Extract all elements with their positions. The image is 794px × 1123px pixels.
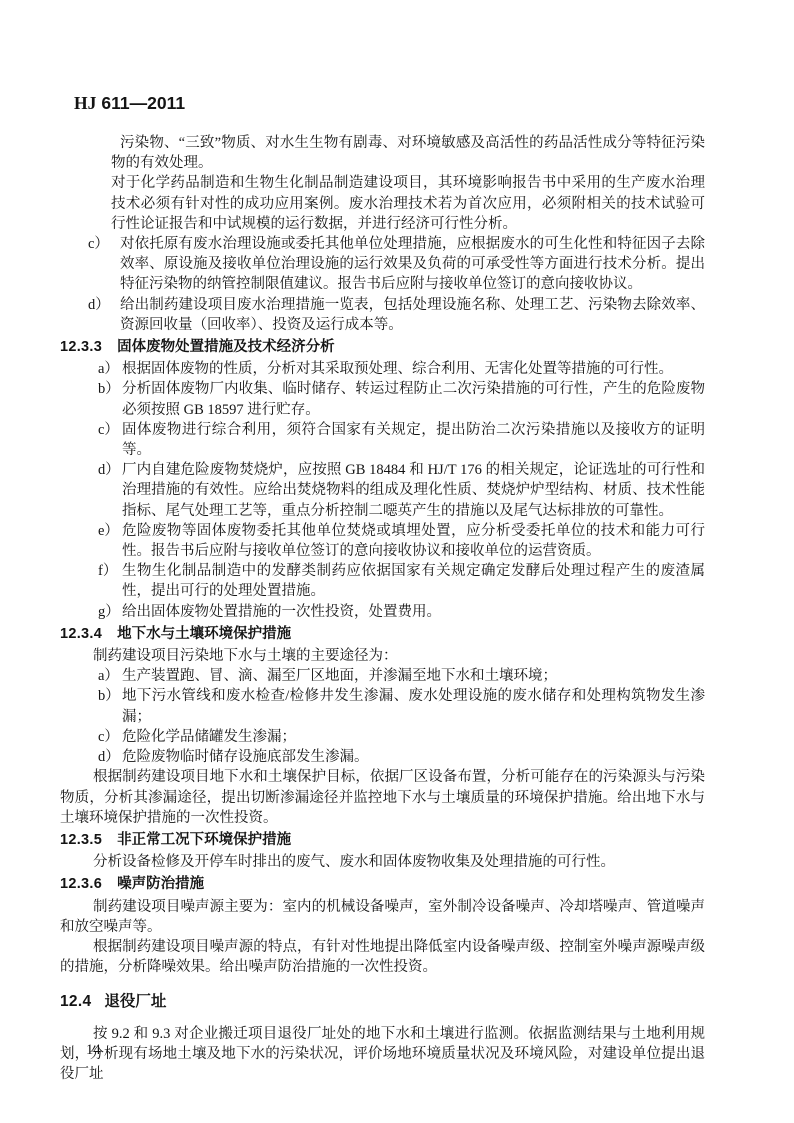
clause-number: 12.3.3: [60, 339, 102, 355]
clause-number: 12.3.4: [60, 626, 102, 642]
paragraph-text: 制药建设项目噪声源主要为：室内的机械设备噪声，室外制冷设备噪声、冷却塔噪声、管道…: [60, 899, 705, 935]
clause-title: 地下水与土壤环境保护措施: [117, 626, 291, 642]
list-item: e）危险废物等固体废物委托其他单位焚烧或填埋处置，应分析受委托单位的技术和能力可…: [60, 521, 705, 561]
paragraph-text: 污染物、“三致”物质、对水生生物有剧毒、对环境敏感及高活性的药品活性成分等特征污…: [111, 135, 705, 171]
paragraph-text: 分析设备检修及开停车时排出的废气、废水和固体废物收集及处理措施的可行性。: [93, 854, 615, 870]
list-item-text: 分析固体废物厂内收集、临时储存、转运过程防止二次污染措施的可行性，产生的危险废物…: [122, 381, 705, 417]
list-item-text: 生物生化制品制造中的发酵类制药应依据国家有关规定确定发酵后处理过程产生的废渣属性…: [122, 563, 705, 599]
list-item-marker: b）: [98, 686, 120, 706]
list-item-marker: b）: [98, 379, 120, 399]
list-item: g）给出固体废物处置措施的一次性投资，处置费用。: [60, 602, 705, 622]
list-item-marker: d）: [88, 295, 110, 315]
list-item: f）生物生化制品制造中的发酵类制药应依据国家有关规定确定发酵后处理过程产生的废渣…: [60, 561, 705, 601]
page-number: 14: [86, 1042, 101, 1059]
list-item: d）厂内自建危险废物焚烧炉，应按照 GB 18484 和 HJ/T 176 的相…: [60, 460, 705, 521]
paragraph: 按 9.2 和 9.3 对企业搬迁项目退役厂址处的地下水和土壤进行监测。依据监测…: [60, 1024, 705, 1085]
list-item-marker: c）: [98, 420, 119, 440]
list-item-text: 危险废物等固体废物委托其他单位焚烧或填埋处置，应分析受委托单位的技术和能力可行性…: [122, 523, 705, 559]
list-item-text: 给出固体废物处置措施的一次性投资，处置费用。: [122, 604, 441, 620]
list-item-text: 生产装置跑、冒、滴、漏至厂区地面，并渗漏至地下水和土壤环境；: [122, 668, 557, 684]
clause-number: 12.3.6: [60, 876, 102, 892]
list-item: c）危险化学品储罐发生渗漏；: [60, 727, 705, 747]
standard-code-prefix: HJ: [74, 93, 96, 113]
list-item-marker: f）: [98, 561, 117, 581]
clause-heading: 12.3.4地下水与土壤环境保护措施: [60, 624, 705, 644]
document-header: HJ611—2011: [74, 93, 185, 114]
list-item: a）根据固体废物的性质，分析对其采取预处理、综合利用、无害化处置等措施的可行性。: [60, 359, 705, 379]
clause-title: 非正常工况下环境保护措施: [117, 832, 291, 848]
clause-title: 退役厂址: [104, 993, 166, 1010]
paragraph: 制药建设项目污染地下水与土壤的主要途径为：: [60, 646, 705, 666]
paragraph: 根据制药建设项目地下水和土壤保护目标，依据厂区设备布置，分析可能存在的污染源头与…: [60, 767, 705, 828]
clause-heading: 12.3.6噪声防治措施: [60, 874, 705, 894]
clause-title: 固体废物处置措施及技术经济分析: [117, 339, 335, 355]
clause-number: 12.4: [60, 993, 91, 1010]
list-item-text: 给出制药建设项目废水治理措施一览表，包括处理设施名称、处理工艺、污染物去除效率、…: [120, 297, 705, 333]
list-item-text: 根据固体废物的性质，分析对其采取预处理、综合利用、无害化处置等措施的可行性。: [122, 361, 673, 377]
paragraph-text: 根据制药建设项目地下水和土壤保护目标，依据厂区设备布置，分析可能存在的污染源头与…: [60, 769, 705, 825]
paragraph: 对于化学药品制造和生物生化制品制造建设项目，其环境影响报告书中采用的生产废水治理…: [60, 173, 705, 234]
list-item-text: 固体废物进行综合利用，须符合国家有关规定，提出防治二次污染措施以及接收方的证明等…: [122, 422, 705, 458]
list-item-marker: c）: [98, 727, 119, 747]
standard-code-number: 611—2011: [101, 93, 185, 113]
list-item: d）给出制药建设项目废水治理措施一览表，包括处理设施名称、处理工艺、污染物去除效…: [60, 295, 705, 335]
document-page: HJ611—2011 污染物、“三致”物质、对水生生物有剧毒、对环境敏感及高活性…: [0, 0, 794, 1123]
list-item-text: 对依托原有废水治理设施或委托其他单位处理措施，应根据废水的可生化性和特征因子去除…: [120, 236, 705, 292]
list-item: c）固体废物进行综合利用，须符合国家有关规定，提出防治二次污染措施以及接收方的证…: [60, 420, 705, 460]
section-heading: 12.4退役厂址: [60, 992, 705, 1012]
list-item-text: 地下污水管线和废水检查/检修井发生渗漏、废水处理设施的废水储存和处理构筑物发生渗…: [122, 688, 705, 724]
list-item: b）分析固体废物厂内收集、临时储存、转运过程防止二次污染措施的可行性，产生的危险…: [60, 379, 705, 419]
clause-heading: 12.3.5非正常工况下环境保护措施: [60, 830, 705, 850]
list-item: b）地下污水管线和废水检查/检修井发生渗漏、废水处理设施的废水储存和处理构筑物发…: [60, 686, 705, 726]
list-item-marker: d）: [98, 747, 120, 767]
list-item-marker: c）: [88, 234, 109, 254]
list-item: c）对依托原有废水治理设施或委托其他单位处理措施，应根据废水的可生化性和特征因子…: [60, 234, 705, 295]
list-item-text: 厂内自建危险废物焚烧炉，应按照 GB 18484 和 HJ/T 176 的相关规…: [122, 462, 705, 518]
clause-number: 12.3.5: [60, 832, 102, 848]
list-item-marker: e）: [98, 521, 119, 541]
list-item-marker: g）: [98, 602, 120, 622]
paragraph-text: 按 9.2 和 9.3 对企业搬迁项目退役厂址处的地下水和土壤进行监测。依据监测…: [60, 1026, 705, 1082]
clause-heading: 12.3.3固体废物处置措施及技术经济分析: [60, 337, 705, 357]
paragraph-text: 制药建设项目污染地下水与土壤的主要途径为：: [93, 648, 398, 664]
document-body: 污染物、“三致”物质、对水生生物有剧毒、对环境敏感及高活性的药品活性成分等特征污…: [60, 133, 705, 1084]
list-item: a）生产装置跑、冒、滴、漏至厂区地面，并渗漏至地下水和土壤环境；: [60, 666, 705, 686]
list-item-marker: a）: [98, 666, 119, 686]
paragraph: 制药建设项目噪声源主要为：室内的机械设备噪声，室外制冷设备噪声、冷却塔噪声、管道…: [60, 897, 705, 937]
list-item-marker: a）: [98, 359, 119, 379]
paragraph-text: 对于化学药品制造和生物生化制品制造建设项目，其环境影响报告书中采用的生产废水治理…: [111, 175, 705, 231]
list-item-text: 危险化学品储罐发生渗漏；: [122, 729, 296, 745]
paragraph: 分析设备检修及开停车时排出的废气、废水和固体废物收集及处理措施的可行性。: [60, 852, 705, 872]
paragraph: 根据制药建设项目噪声源的特点，有针对性地提出降低室内设备噪声级、控制室外噪声源噪…: [60, 937, 705, 977]
list-item: d）危险废物临时储存设施底部发生渗漏。: [60, 747, 705, 767]
list-item-marker: d）: [98, 460, 120, 480]
paragraph: 污染物、“三致”物质、对水生生物有剧毒、对环境敏感及高活性的药品活性成分等特征污…: [60, 133, 705, 173]
clause-title: 噪声防治措施: [117, 876, 204, 892]
list-item-text: 危险废物临时储存设施底部发生渗漏。: [122, 749, 369, 765]
paragraph-text: 根据制药建设项目噪声源的特点，有针对性地提出降低室内设备噪声级、控制室外噪声源噪…: [60, 939, 705, 975]
